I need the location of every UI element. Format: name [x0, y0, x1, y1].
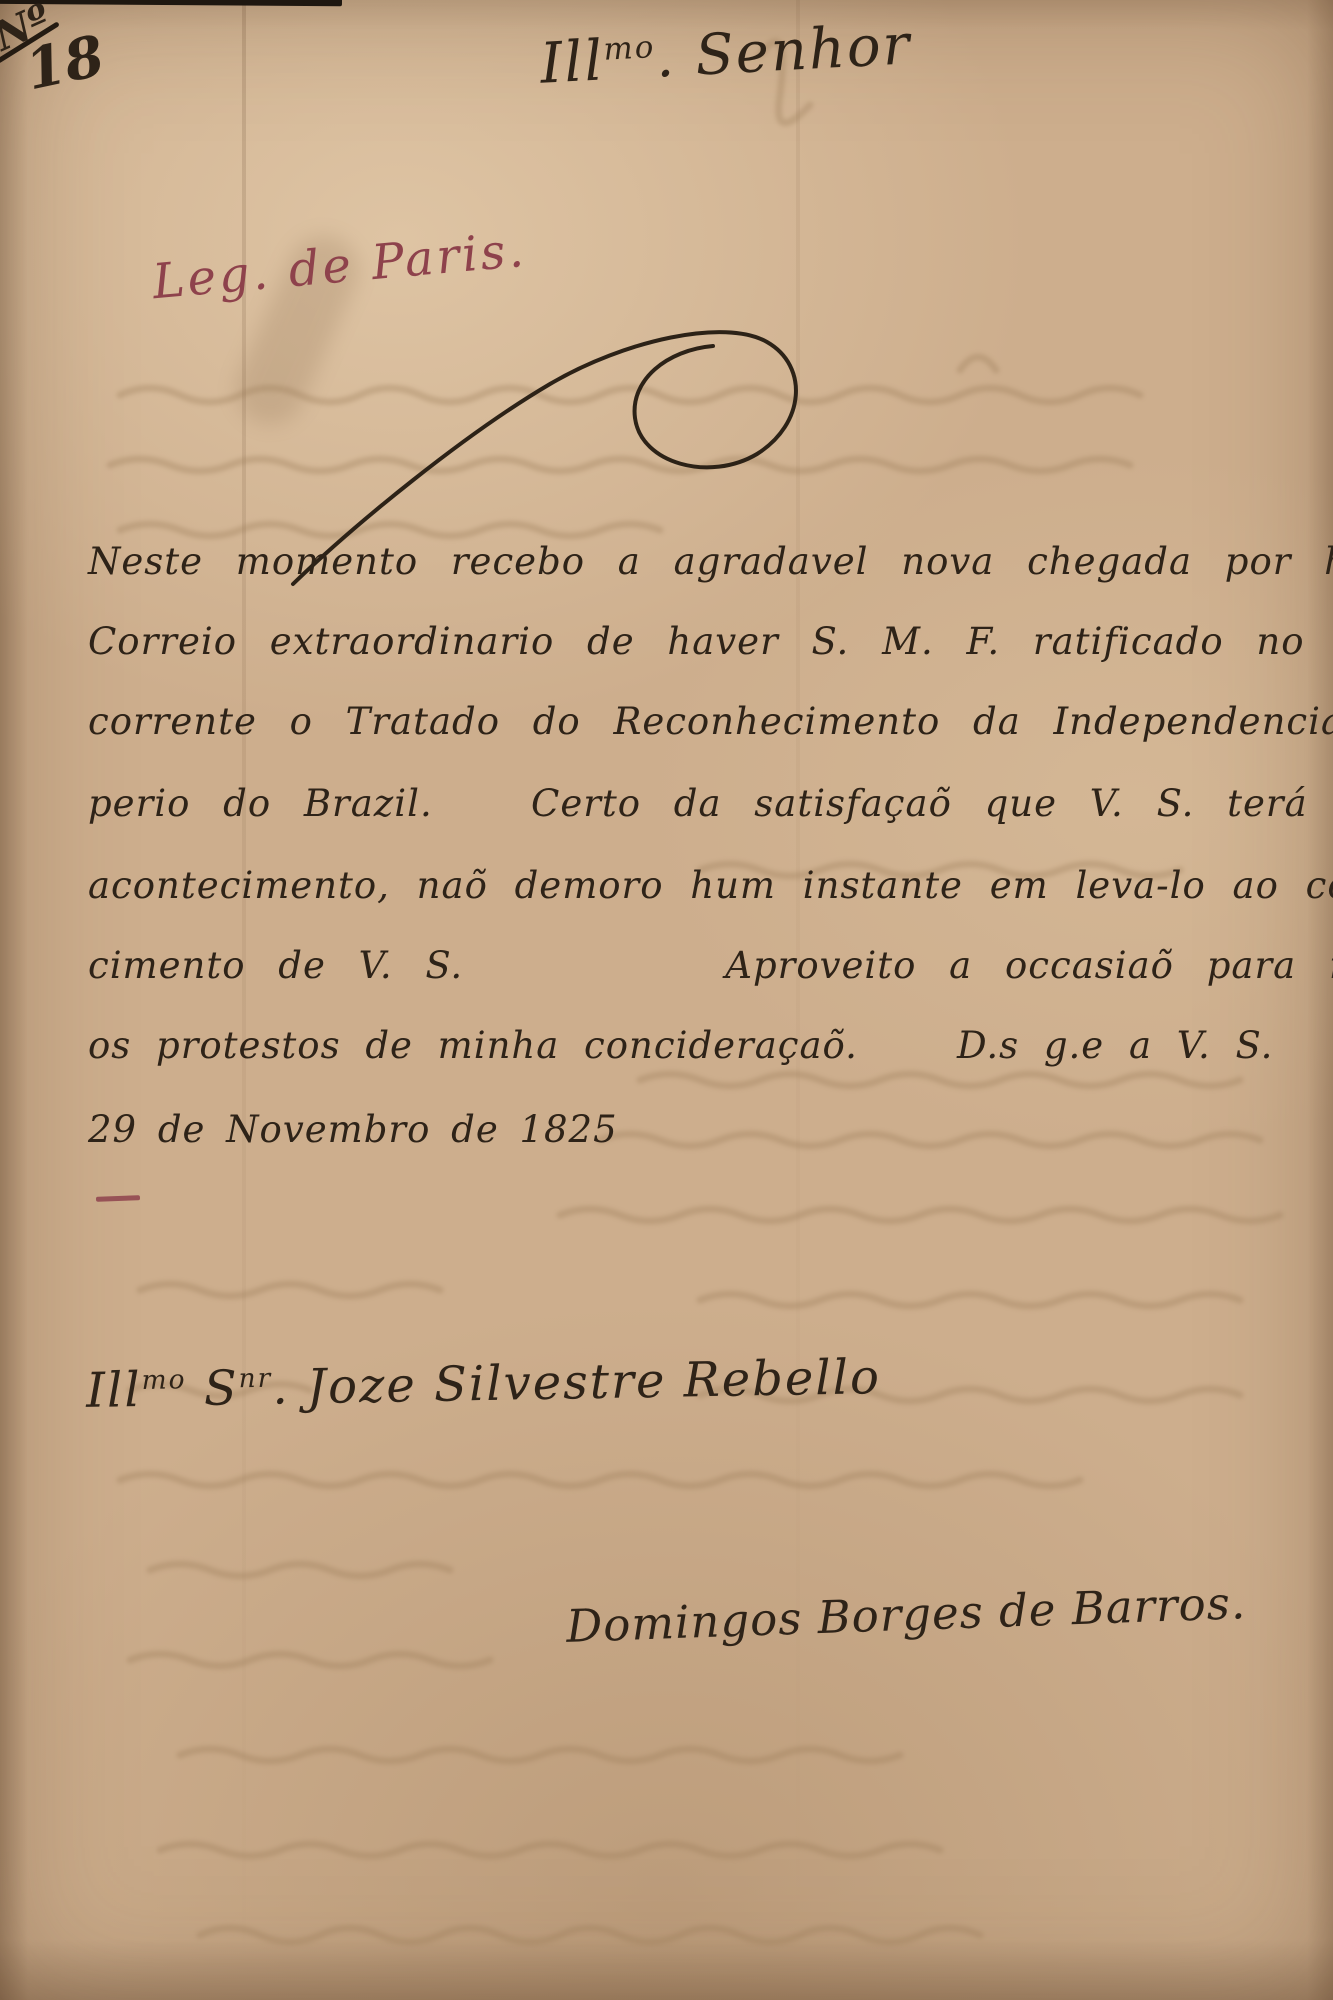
- salutation-superscript: mo: [603, 29, 657, 68]
- body-line: cimento de V. S. Aproveito a occasiaõ pa…: [88, 944, 1278, 987]
- date-line: 29 de Novembro de 1825: [88, 1108, 1278, 1151]
- salutation-text: . Senhor: [654, 12, 913, 90]
- salutation-text: Ill: [539, 28, 606, 96]
- addressee-text: Ill: [86, 1362, 143, 1419]
- addressee-superscript: nr: [238, 1363, 272, 1395]
- body-line: corrente o Tratado do Reconhecimento da …: [88, 700, 1278, 743]
- body-line: acontecimento, naõ demoro hum instante e…: [88, 864, 1278, 907]
- manuscript-letter-page: Nº 18 Illmo. Senhor Leg. de Paris. Neste…: [0, 0, 1333, 2000]
- addressee-text: . Joze Silvestre Rebello: [272, 1349, 881, 1416]
- body-line: os protestos de minha concideraçaõ. D.s …: [88, 1024, 1278, 1067]
- body-line: Neste momento recebo a agradavel nova ch…: [88, 540, 1278, 583]
- body-line: perio do Brazil. Certo da satisfaçaõ que…: [88, 782, 1278, 825]
- addressee-text: S: [186, 1360, 239, 1417]
- body-line: Correio extraordinario de haver S. M. F.…: [88, 620, 1278, 663]
- addressee-superscript: mo: [141, 1364, 186, 1396]
